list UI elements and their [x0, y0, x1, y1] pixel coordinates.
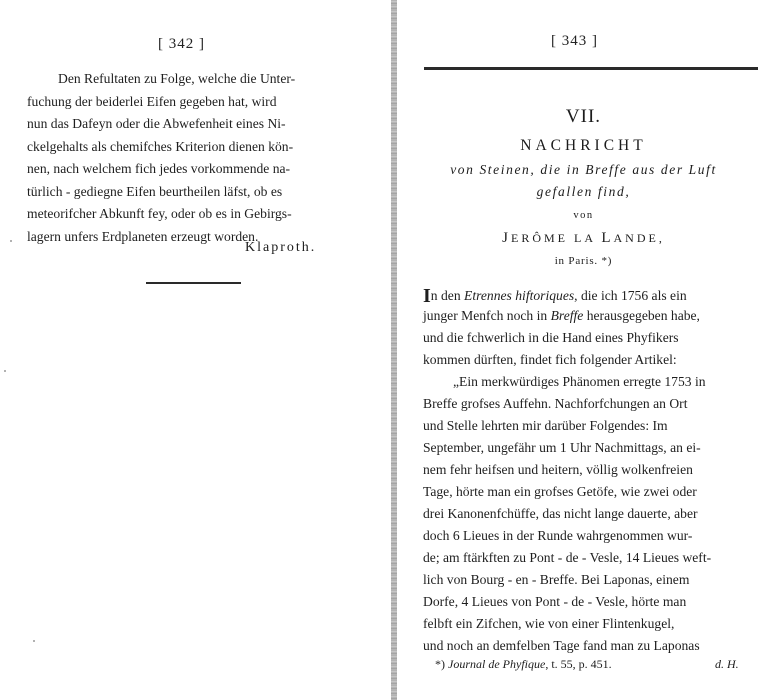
page-number-left: [ 342 ]	[158, 36, 205, 53]
text-line: „Ein merkwürdiges Phänomen erregte 1753 …	[453, 374, 706, 390]
text-line: türlich - gediegne Eifen beurtheilen läf…	[27, 184, 364, 200]
text-line: lich von Bourg - en - Breffe. Bei Lapona…	[423, 572, 689, 588]
text-line: fuchung der beiderlei Eifen gegeben hat,…	[27, 94, 364, 110]
text-line: drei Kanonenfchüffe, das nicht lange dau…	[423, 506, 698, 522]
text-line: Dorfe, 4 Lieues von Pont - de - Vesle, h…	[423, 594, 686, 610]
author-name: JERÔME LA LANDE,	[397, 230, 770, 247]
byline-von: von	[397, 210, 770, 221]
text-line: doch 6 Lieues in der Runde wahrgenommen …	[423, 528, 692, 544]
text-line: kommen dürften, findet fich folgender Ar…	[423, 352, 677, 368]
footnote-journal: Journal de Phyfique	[448, 657, 545, 671]
text-line: nem fehr heifsen und heitern, völlig wol…	[423, 462, 693, 478]
page-number-right: [ 343 ]	[551, 33, 598, 50]
header-rule	[424, 67, 758, 70]
text-line: meteorifcher Abkunft fey, oder ob es in …	[27, 206, 364, 222]
text-line: und die fchwerlich in die Hand eines Phy…	[423, 330, 679, 346]
signature: Klaproth.	[245, 240, 316, 256]
footnote-attribution: d. H.	[715, 657, 739, 672]
paper-speck	[33, 640, 35, 642]
paper-speck	[4, 370, 6, 372]
text-line: September, ungefähr um 1 Uhr Nachmittags…	[423, 440, 701, 456]
text-line: de; am ftärkften zu Pont - de - Vesle, 1…	[423, 550, 711, 566]
article-subtitle-line1: von Steinen, die in Breffe aus der Luft	[397, 162, 770, 178]
paper-speck	[10, 240, 12, 242]
author-location: in Paris. *)	[397, 255, 770, 267]
drop-cap: I	[423, 285, 431, 307]
text-line: Den Refultaten zu Folge, welche die Unte…	[58, 71, 364, 87]
text-line: ckelgehalts als chemifches Kriterion die…	[27, 139, 364, 155]
text-line: junger Menfch noch in Breffe herausgegeb…	[423, 308, 700, 324]
footnote: *) Journal de Phyfique, t. 55, p. 451.	[435, 657, 612, 672]
text-line: nen, nach welchem fich jedes vorkommende…	[27, 161, 364, 177]
text-line: Breffe grofses Auffehn. Nachforfchungen …	[423, 396, 687, 412]
section-divider	[146, 282, 241, 284]
text-line: und Stelle lehrten mir darüber Folgendes…	[423, 418, 668, 434]
text-line: In den Etrennes hiftoriques, die ich 175…	[423, 286, 687, 306]
right-page: [ 343 ] VII. NACHRICHT von Steinen, die …	[397, 0, 770, 700]
article-title: NACHRICHT	[397, 137, 770, 155]
text-line: Tage, hörte man ein grofses Getöfe, wie …	[423, 484, 697, 500]
text-line: und noch an demfelben Tage fand man zu L…	[423, 638, 700, 654]
article-subtitle-line2: gefallen find,	[397, 184, 770, 200]
section-number: VII.	[397, 106, 770, 128]
text-line: felbft ein Zifchen, wie von einer Flinte…	[423, 616, 674, 632]
text-line: nun das Dafeyn oder die Abwefenheit eine…	[27, 116, 364, 132]
left-page: [ 342 ] Den Refultaten zu Folge, welche …	[0, 0, 393, 700]
